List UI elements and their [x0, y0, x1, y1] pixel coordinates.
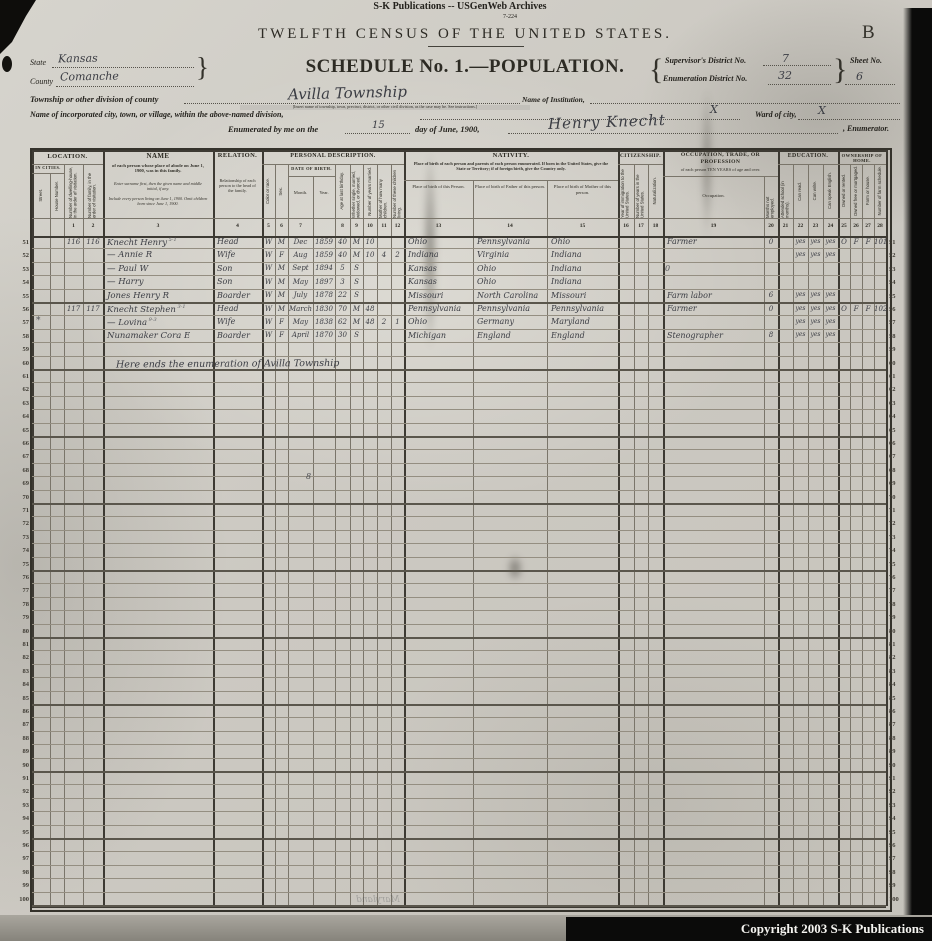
table-row	[32, 759, 886, 773]
cell-read: yes	[793, 331, 808, 338]
col-number-relation: 4	[213, 223, 262, 229]
table-row	[32, 531, 886, 544]
row-number-right: 83	[889, 668, 904, 675]
row-number-right: 84	[889, 681, 904, 688]
township-label: Township or other division of county	[30, 94, 158, 104]
cell-sex: M	[275, 305, 288, 313]
row-number-right: 60	[889, 360, 904, 367]
cell-mother_bp: Indiana	[551, 250, 618, 259]
cell-mother_bp: Missouri	[551, 291, 618, 300]
sheet-rule	[845, 84, 895, 85]
row-number-right: 90	[889, 762, 904, 769]
cell-birthplace: Ohio	[408, 237, 473, 246]
cell-relation: Wife	[217, 250, 262, 259]
cell-marital: S	[350, 331, 363, 339]
table-hline	[663, 176, 778, 177]
cell-color: W	[262, 305, 275, 313]
row-number-left: 98	[8, 869, 29, 876]
row-number-left: 90	[8, 762, 29, 769]
row-number-right: 57	[889, 319, 904, 326]
col-header-read: Can read.	[793, 164, 808, 218]
table-row	[32, 745, 886, 758]
cell-mother_of: 2	[377, 318, 391, 326]
cell-relation: Head	[217, 237, 262, 246]
cell-mother_bp: Ohio	[551, 237, 618, 246]
col-header-children_living: Number of these children living.	[391, 164, 404, 218]
nativity-note: Place of birth of each person and parent…	[410, 162, 612, 172]
county-rule	[56, 86, 194, 87]
ward-mark: X	[818, 104, 826, 117]
scan-artifact: 8	[306, 472, 311, 481]
row-number-left: 89	[8, 748, 29, 755]
enumerator-rule	[508, 133, 838, 134]
col-header-birthplace: Place of birth of this Person.	[404, 184, 473, 190]
row-number-left: 86	[8, 708, 29, 715]
table-hline	[32, 218, 886, 219]
cell-yrs_married: 48	[363, 305, 377, 313]
table-row	[32, 705, 886, 718]
row-number-left: 55	[8, 293, 29, 300]
table-row	[32, 893, 886, 907]
cell-father_bp: Germany	[477, 317, 547, 326]
col-header-immigration: Year of immigration to the United States…	[618, 164, 634, 218]
row-number-right: 91	[889, 775, 904, 782]
cell-write: yes	[808, 318, 823, 325]
state-rule	[52, 67, 194, 68]
row-number-left: 74	[8, 547, 29, 554]
cell-mother_bp: Indiana	[551, 264, 618, 273]
col-header-age: Age at last birthday.	[335, 164, 350, 218]
row-number-left: 75	[8, 561, 29, 568]
row-number-right: 92	[889, 788, 904, 795]
institution-rule	[590, 103, 900, 104]
row-number-left: 92	[8, 788, 29, 795]
cell-relation: Son	[217, 264, 262, 273]
cell-sex: M	[275, 291, 288, 299]
row-number-right: 68	[889, 467, 904, 474]
row-number-left: 61	[8, 373, 29, 380]
cell-age: 70	[335, 305, 350, 313]
col-number-children_living: 12	[391, 223, 404, 229]
cell-name: — Paul W	[107, 264, 213, 274]
publisher-header: S-K Publications -- USGenWeb Archives	[280, 1, 640, 12]
census-sheet-scan: Copyright 2003 S-K Publications S-K Publ…	[0, 0, 932, 941]
col-header-sex: Sex.	[275, 164, 288, 218]
cell-write: yes	[808, 238, 823, 245]
row-number-left: 88	[8, 735, 29, 742]
col-number-mortgage: 26	[850, 223, 862, 229]
table-row	[32, 370, 886, 383]
cell-sex: M	[275, 238, 288, 246]
table-row	[32, 450, 886, 463]
row-number-left: 80	[8, 628, 29, 635]
row-number-right: 67	[889, 453, 904, 460]
table-row	[32, 437, 886, 450]
cell-yrs_married: 10	[363, 251, 377, 259]
table-row	[32, 852, 886, 865]
cell-yrs_married: 10	[363, 238, 377, 246]
row-number-left: 72	[8, 520, 29, 527]
cell-month: Dec	[288, 238, 313, 246]
pencil-annotation: 3-1	[176, 304, 186, 310]
cell-write: yes	[808, 305, 823, 312]
cell-birthplace: Indiana	[408, 250, 473, 259]
cell-write: yes	[808, 291, 823, 298]
col-header-marital: Whether single, married, widowed, or div…	[350, 164, 363, 218]
col-number-sex: 6	[275, 223, 288, 229]
col-header-school: Attended school (in months).	[778, 164, 793, 218]
col-header-family: Number of family, in the order of visita…	[83, 164, 103, 218]
row-number-left: 81	[8, 641, 29, 648]
row-number-right: 76	[889, 574, 904, 581]
cell-name: Knecht Henry 5-1	[107, 237, 213, 248]
cell-name: — Lovina 9-3	[107, 317, 213, 328]
row-number-right: 56	[889, 306, 904, 313]
row-number-left: 91	[8, 775, 29, 782]
cell-color: W	[262, 251, 275, 259]
township-hint: [Insert name of township, town, precinct…	[240, 105, 530, 110]
section-location: LOCATION.	[32, 153, 103, 160]
enumeration-note: Here ends the enumeration of Avilla Town…	[116, 356, 536, 370]
cell-sex: M	[275, 278, 288, 286]
row-number-left: 99	[8, 882, 29, 889]
col-header-mother_bp: Place of birth of Mother of this person.	[547, 184, 618, 195]
census-title-rule	[428, 46, 524, 47]
row-number-right: 96	[889, 842, 904, 849]
row-number-right: 77	[889, 587, 904, 594]
enumeration-value: 32	[778, 69, 792, 82]
cell-month: Sept	[288, 264, 313, 272]
col-number-mother_of: 11	[377, 223, 391, 229]
cell-dwelling: 117	[64, 305, 83, 313]
cell-age: 40	[335, 238, 350, 246]
cell-year: 1894	[313, 264, 335, 272]
row-number-left: 82	[8, 654, 29, 661]
cell-year: 1859	[313, 251, 335, 259]
cell-read: yes	[793, 238, 808, 245]
table-row	[32, 638, 886, 651]
row-number-right: 64	[889, 413, 904, 420]
scan-corner-blotch	[0, 0, 40, 56]
row-number-right: 65	[889, 427, 904, 434]
pencil-annotation: 9-3	[147, 317, 157, 323]
row-number-right: 79	[889, 614, 904, 621]
cell-marital: M	[350, 318, 363, 326]
sheet-label: Sheet No.	[850, 56, 882, 65]
cell-english: yes	[823, 318, 838, 325]
cell-months_unemployed: 8	[764, 331, 778, 339]
table-row	[32, 732, 886, 745]
col-number-school: 21	[778, 223, 793, 229]
cell-farm_house: F	[862, 305, 874, 313]
col-header-months_unemployed: Months not employed.	[764, 177, 778, 218]
cell-owned: O	[838, 305, 850, 313]
row-number-left: 94	[8, 815, 29, 822]
cell-year: 1897	[313, 278, 335, 286]
table-row	[32, 558, 886, 572]
row-number-left: 97	[8, 855, 29, 862]
col-header-occupation: Occupation.	[663, 193, 764, 199]
table-row	[32, 692, 886, 706]
ward-rule	[798, 119, 900, 120]
row-number-right: 87	[889, 721, 904, 728]
cell-read: yes	[793, 251, 808, 258]
table-row	[32, 544, 886, 557]
state-label: State	[30, 58, 46, 67]
county-label: County	[30, 77, 53, 86]
cell-sex: F	[275, 331, 288, 339]
form-number: 7-224	[470, 14, 550, 20]
row-number-left: 95	[8, 829, 29, 836]
cell-family: 117	[83, 305, 103, 313]
row-number-left: 71	[8, 507, 29, 514]
row-number-left: 60	[8, 360, 29, 367]
section-citizenship: CITIZENSHIP.	[618, 153, 663, 159]
col-header-street: Street.	[32, 173, 50, 218]
enumeration-rule	[768, 84, 831, 85]
row-number-right: 71	[889, 507, 904, 514]
enumerated-day-rule	[345, 133, 410, 134]
ward-label: Ward of city,	[755, 110, 797, 119]
cell-birthplace: Missouri	[408, 291, 473, 300]
col-header-color: Color or race.	[262, 164, 275, 218]
cell-age: 30	[335, 331, 350, 339]
table-row	[32, 424, 886, 438]
cell-name: Jones Henry R	[107, 291, 213, 301]
cell-family: 116	[83, 238, 103, 246]
census-title: TWELFTH CENSUS OF THE UNITED STATES.	[165, 26, 765, 43]
table-row	[32, 464, 886, 477]
cell-father_bp: Ohio	[477, 264, 547, 273]
table-vline	[886, 150, 888, 906]
cell-children_living: 1	[391, 318, 404, 326]
col-header-yrs_us: Number of years in the United States.	[634, 164, 648, 218]
table-row	[32, 866, 886, 879]
cell-month: April	[288, 331, 313, 339]
col-header-month: Month.	[288, 190, 313, 196]
cell-birthplace: Kansas	[408, 264, 473, 273]
row-number-right: 85	[889, 695, 904, 702]
row-number-right: 94	[889, 815, 904, 822]
cell-english: yes	[823, 251, 838, 258]
state-value: Kansas	[58, 52, 98, 66]
cell-name: — Harry	[107, 277, 213, 287]
cell-color: W	[262, 278, 275, 286]
row-number-right: 70	[889, 494, 904, 501]
cell-english: yes	[823, 305, 838, 312]
row-number-right: 54	[889, 279, 904, 286]
page-letter: B	[862, 22, 875, 44]
section-occupation-2: PROFESSION	[663, 159, 778, 165]
col-header-yrs_married: Number of years married.	[363, 164, 377, 218]
enumerated-day: 15	[372, 120, 385, 131]
cell-write: yes	[808, 331, 823, 338]
table-row	[32, 611, 886, 624]
row-number-left: 85	[8, 695, 29, 702]
row-number-left: 93	[8, 802, 29, 809]
cell-father_bp: Pennsylvania	[477, 237, 547, 246]
occupation-note: of each person TEN YEARS of age and over…	[666, 167, 775, 172]
col-header-house: House Number.	[50, 173, 64, 218]
col-header-english: Can speak English.	[823, 164, 838, 218]
row-number-left: 96	[8, 842, 29, 849]
col-header-father_bp: Place of birth of Father of this person.	[473, 184, 547, 190]
table-row	[32, 584, 886, 597]
township-value: Avilla Township	[288, 82, 407, 103]
col-number-father_bp: 14	[473, 223, 547, 229]
col-header-dwelling: Number of dwelling-house, in the order o…	[64, 164, 83, 218]
cell-father_bp: Ohio	[477, 277, 547, 286]
col-number-farm_house: 27	[862, 223, 874, 229]
table-row	[32, 598, 886, 611]
table-row	[32, 625, 886, 639]
table-row	[32, 397, 886, 410]
cell-color: W	[262, 238, 275, 246]
row-number-left: 76	[8, 574, 29, 581]
col-number-month: 7	[288, 223, 313, 229]
cell-father_bp: England	[477, 331, 547, 340]
cell-name: Nunamaker Cora E	[107, 331, 213, 341]
table-row	[32, 839, 886, 852]
row-number-right: 97	[889, 855, 904, 862]
district-brace-left: {	[649, 53, 663, 87]
cell-year: 1859	[313, 238, 335, 246]
table-hline	[32, 150, 886, 152]
cell-age: 40	[335, 251, 350, 259]
col-number-naturalization: 18	[648, 223, 663, 229]
cell-birthplace: Pennsylvania	[408, 304, 473, 313]
cell-marital: S	[350, 278, 363, 286]
cell-father_bp: Virginia	[477, 250, 547, 259]
copyright-text: Copyright 2003 S-K Publications	[576, 921, 924, 937]
relation-note: Relationship of each person to the head …	[216, 178, 259, 193]
cell-month: May	[288, 278, 313, 286]
cell-read: yes	[793, 318, 808, 325]
table-row	[32, 571, 886, 584]
cell-occupation: Farmer	[667, 304, 764, 313]
row-number-left: 83	[8, 668, 29, 675]
row-number-right: 89	[889, 748, 904, 755]
col-number-occupation: 19	[663, 223, 764, 229]
city-label: Name of incorporated city, town, or vill…	[30, 110, 283, 119]
row-number-right: 95	[889, 829, 904, 836]
cell-birthplace: Ohio	[408, 317, 473, 326]
enumerated-date-label: day of June, 1900,	[415, 124, 479, 134]
row-number-left: 65	[8, 427, 29, 434]
col-header-naturalization: Naturalization.	[648, 164, 663, 218]
row-number-left: 78	[8, 601, 29, 608]
cell-marital: M	[350, 305, 363, 313]
cell-year: 1838	[313, 318, 335, 326]
cell-read: yes	[793, 305, 808, 312]
table-row	[32, 477, 886, 490]
table-row	[32, 812, 886, 825]
cell-months_unemployed: 6	[764, 291, 778, 299]
row-number-left: 77	[8, 587, 29, 594]
section-ownership: OWNERSHIP OF HOME.	[838, 153, 886, 163]
cell-children_living: 2	[391, 251, 404, 259]
col-number-months_unemployed: 20	[764, 223, 778, 229]
row-number-left: 52	[8, 252, 29, 259]
cell-mortgage: F	[850, 238, 862, 246]
row-number-right: 93	[889, 802, 904, 809]
table-row	[32, 718, 886, 731]
schedule-title: SCHEDULE No. 1.—POPULATION.	[255, 56, 675, 78]
section-relation: RELATION.	[213, 152, 262, 159]
row-number-left: 69	[8, 480, 29, 487]
cell-mother_of: 4	[377, 251, 391, 259]
col-number-name: 3	[103, 223, 213, 229]
row-number-left: 58	[8, 333, 29, 340]
table-row	[32, 879, 886, 892]
in-cities-label: IN CITIES.	[32, 165, 64, 170]
row-number-left: 56	[8, 306, 29, 313]
cell-read: yes	[793, 291, 808, 298]
scan-smudge	[700, 88, 714, 238]
cell-age: 5	[335, 264, 350, 272]
row-number-left: 64	[8, 413, 29, 420]
col-number-owned: 25	[838, 223, 850, 229]
row-number-right: 72	[889, 520, 904, 527]
cell-sex: F	[275, 251, 288, 259]
enumerated-label: Enumerated by me on the	[228, 124, 318, 134]
state-county-brace: }	[196, 52, 209, 83]
cell-schedule_no: 101	[874, 238, 886, 246]
cell-relation: Boarder	[217, 291, 262, 300]
cell-month: July	[288, 291, 313, 299]
scan-artifact: Maryland	[356, 895, 400, 905]
enumeration-label: Enumeration District No.	[663, 74, 747, 83]
col-header-schedule_no: Number of farm schedule.	[874, 164, 886, 218]
cell-relation: Wife	[217, 317, 262, 326]
cell-marital: S	[350, 291, 363, 299]
dob-label: DATE OF BIRTH.	[288, 166, 335, 171]
cell-birthplace: Kansas	[408, 277, 473, 286]
cell-english: yes	[823, 238, 838, 245]
cell-owned: O	[838, 238, 850, 246]
cell-year: 1870	[313, 331, 335, 339]
cell-relation: Son	[217, 277, 262, 286]
cell-year: 1878	[313, 291, 335, 299]
cell-marital: M	[350, 251, 363, 259]
cell-mother_bp: Maryland	[551, 317, 618, 326]
col-number-color: 5	[262, 223, 275, 229]
col-number-birthplace: 13	[404, 223, 473, 229]
row-number-right: 82	[889, 654, 904, 661]
row-number-left: 66	[8, 440, 29, 447]
cell-relation: Head	[217, 304, 262, 313]
cell-relation: Boarder	[217, 331, 262, 340]
section-name: NAME	[103, 152, 213, 160]
cell-mother_bp: England	[551, 331, 618, 340]
col-number-age: 8	[335, 223, 350, 229]
cell-marital: S	[350, 264, 363, 272]
cell-month: May	[288, 318, 313, 326]
cell-color: W	[262, 291, 275, 299]
row-number-right: 69	[889, 480, 904, 487]
district-brace-right: }	[833, 53, 847, 87]
cell-month: March	[288, 305, 313, 313]
cell-schedule_no: 102	[874, 305, 886, 313]
enumerator-signature: Henry Knecht	[548, 111, 666, 133]
row-number-right: 75	[889, 561, 904, 568]
row-number-right: 52	[889, 252, 904, 259]
table-row	[32, 410, 886, 423]
cell-occupation: Stenographer	[667, 331, 764, 340]
section-personal: PERSONAL DESCRIPTION.	[262, 153, 404, 159]
cell-months_unemployed: 0	[764, 238, 778, 246]
supervisor-label: Supervisor's District No.	[665, 56, 746, 65]
